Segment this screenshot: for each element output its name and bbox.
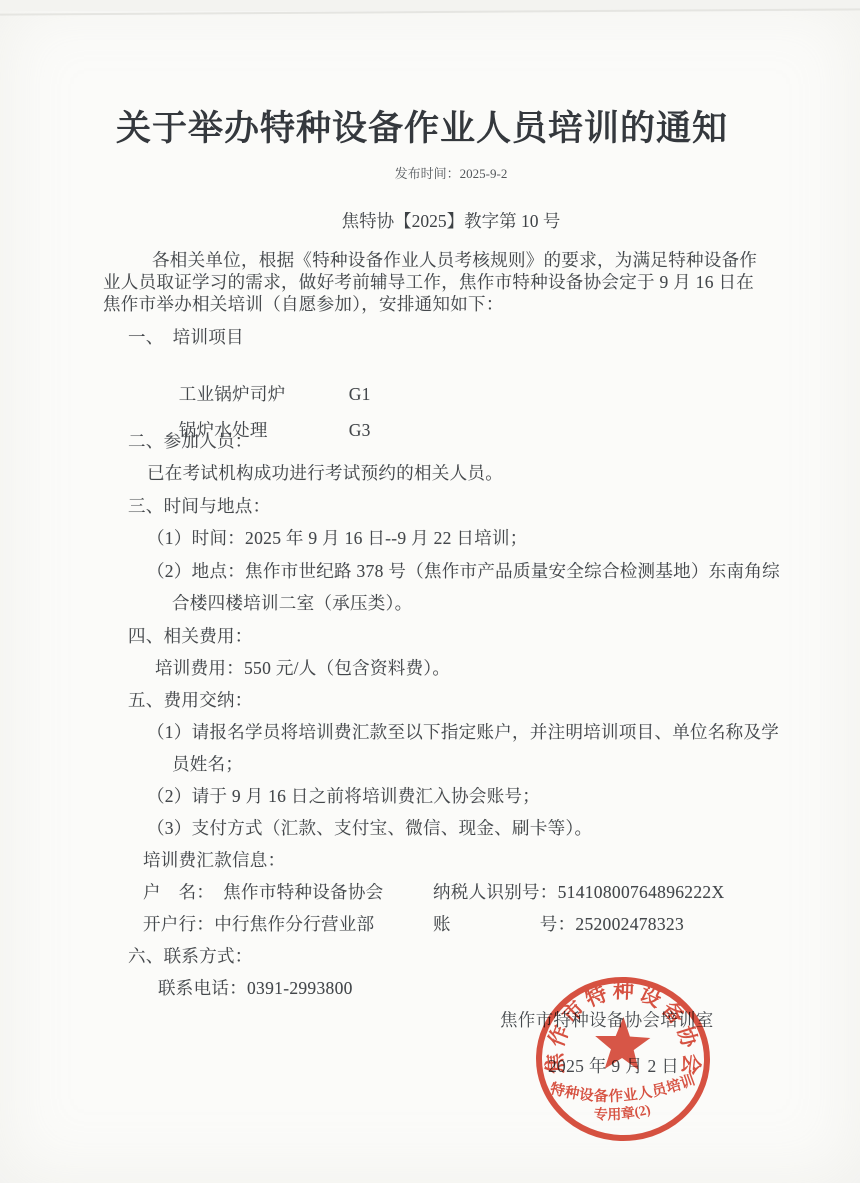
scanned-notice-page: 关于举办特种设备作业人员培训的通知 发布时间：2025-9-2 焦特协【2025… xyxy=(0,0,860,1183)
training-item-code: G3 xyxy=(349,420,371,440)
section-3-place-cont: 合楼四楼培训二室（承压类）。 xyxy=(172,592,412,614)
account-number-label: 账 号： xyxy=(433,914,575,934)
section-5-heading: 五、费用交纳： xyxy=(128,689,253,711)
section-6-heading: 六、联系方式： xyxy=(128,945,253,967)
section-4-heading: 四、相关费用： xyxy=(128,625,253,647)
section-5-line-1: （1）请报名学员将培训费汇款至以下指定账户，并注明培训项目、单位名称及学 xyxy=(147,721,779,743)
account-name-value: 焦作市特种设备协会 xyxy=(223,882,383,902)
bank-branch-value: 中行焦作分行营业部 xyxy=(214,914,374,934)
account-name: 户 名： 焦作市特种设备协会 xyxy=(143,881,383,903)
intro-line-2: 业人员取证学习的需求，做好考前辅导工作，焦作市特种设备协会定于 9 月 16 日… xyxy=(103,271,754,293)
bank-branch-label: 开户行： xyxy=(143,914,214,934)
contact-phone: 联系电话：0391-2993800 xyxy=(158,977,353,999)
section-1-heading: 一、 培训项目 xyxy=(128,326,244,348)
section-5-line-3: （3）支付方式（汇款、支付宝、微信、现金、刷卡等）。 xyxy=(147,817,592,839)
svg-text:特种设备作业人员培训: 特种设备作业人员培训 xyxy=(548,1066,698,1108)
account-number-value: 252002478323 xyxy=(575,914,684,934)
publish-time: 发布时间：2025-9-2 xyxy=(21,165,860,183)
section-5-line-1-cont: 员姓名； xyxy=(172,753,243,775)
section-4-fee: 培训费用：550 元/人（包含资料费）。 xyxy=(155,657,450,679)
section-3-time: （1）时间：2025 年 9 月 16 日--9 月 22 日培训； xyxy=(147,527,528,549)
section-5-line-2: （2）请于 9 月 16 日之前将培训费汇入协会账号； xyxy=(147,785,540,807)
section-2-heading: 二、参加人员： xyxy=(128,430,253,452)
remittance-heading: 培训费汇款信息： xyxy=(143,849,285,871)
section-2-line: 已在考试机构成功进行考试预约的相关人员。 xyxy=(147,462,503,484)
account-number: 账 号：252002478323 xyxy=(433,913,684,935)
doc-number: 焦特协【2025】教字第 10 号 xyxy=(21,209,860,233)
official-seal: 焦作市特种设备协会 特种设备作业人员培训 专用章(2) xyxy=(534,976,712,1142)
page-title: 关于举办特种设备作业人员培训的通知 xyxy=(0,106,852,152)
intro-line-1: 各相关单位，根据《特种设备作业人员考核规则》的要求，为满足特种设备作 xyxy=(152,249,757,271)
intro-line-3: 焦作市举办相关培训（自愿参加），安排通知如下： xyxy=(103,293,504,315)
tax-id-label: 纳税人识别号： xyxy=(433,882,558,902)
bank-branch: 开户行：中行焦作分行营业部 xyxy=(143,913,374,935)
section-3-heading: 三、时间与地点： xyxy=(128,495,270,517)
seal-star-icon xyxy=(594,1016,651,1070)
section-3-place: （2）地点：焦作市世纪路 378 号（焦作市产品质量安全综合检测基地）东南角综 xyxy=(147,560,780,582)
tax-id: 纳税人识别号：51410800764896222X xyxy=(433,881,724,903)
seal-middle-text: 特种设备作业人员培训 xyxy=(548,1066,698,1108)
tax-id-value: 51410800764896222X xyxy=(558,882,725,902)
account-name-label: 户 名： xyxy=(143,882,223,902)
